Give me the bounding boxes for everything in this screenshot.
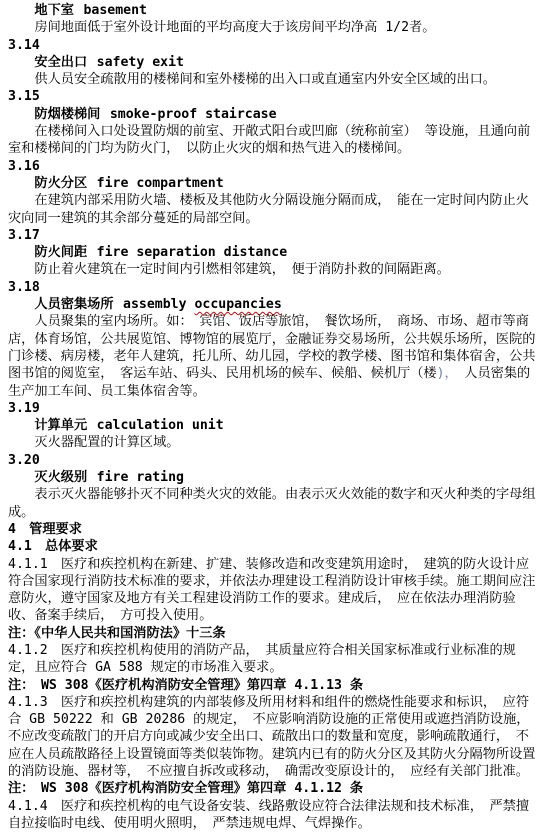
definition-paragraph: 房间地面低于室外设计地面的平均高度大于该房间平均净高 1/2者。 [8,19,542,36]
definition-paragraph: 灭火器配置的计算区域。 [8,434,542,451]
term-english: calculation unit [97,418,224,433]
definition-paragraph: 在楼梯间入口处设置防烟的前室、开敞式阳台或凹廊（统称前室） 等设施，且通向前室和… [8,123,542,158]
note-line: 注： WS 308《医疗机构消防安全管理》第四章 4.1.12 条 [8,780,542,797]
section-number: 3.18 [8,279,542,296]
term-chinese: 地下室 [34,3,74,18]
text-run: 4.1.4 医疗和疾控机构的电气设备安装、线路敷设应符合法律法规和技术标准， 严… [8,799,529,831]
text-run: 在建筑内部采用防火墙、楼板及其他防火分隔设施分隔而成， 能在一定时间内防止火灾向… [8,193,529,225]
term-chinese: 计算单元 [34,418,87,433]
term-heading: 地下室basement [34,2,542,19]
section-number: 3.16 [8,158,542,175]
document-page: 地下室basement房间地面低于室外设计地面的平均高度大于该房间平均净高 1/… [0,0,544,832]
term-english: safety exit [97,55,184,70]
term-heading: 人员密集场所assemblyoccupancies [34,296,542,313]
term-heading: 计算单元calculation unit [34,417,542,434]
document-body: 地下室basement房间地面低于室外设计地面的平均高度大于该房间平均净高 1/… [8,2,542,832]
definition-paragraph: 在建筑内部采用防火墙、楼板及其他防火分隔设施分隔而成， 能在一定时间内防止火灾向… [8,192,542,227]
term-english: fire rating [97,470,184,485]
term-english: smoke-proof staircase [110,107,277,122]
term-chinese: 防烟楼梯间 [34,107,100,122]
text-run: 防止着火建筑在一定时间内引燃相邻建筑， 便于消防扑救的间隔距离。 [34,262,449,277]
term-english: assembly [123,297,187,312]
text-run: 表示灭火器能够扑灭不同种类火灾的效能。由表示灭火效能的数字和灭火种类的字母组成。 [8,487,536,519]
text-run: 在楼梯间入口处设置防烟的前室、开敞式阳台或凹廊（统称前室） 等设施，且通向前室和… [8,124,530,156]
misspelled-word: occupancies [194,297,281,312]
definition-paragraph: 人员聚集的室内场所。如： 宾馆、饭店等旅馆， 餐饮场所， 商场、市场、超市等商店… [8,313,542,399]
text-run: 房间地面低于室外设计地面的平均高度大于该房间平均净高 1/2者。 [34,20,435,35]
note-line: 注：《中华人民共和国消防法》十三条 [8,625,542,642]
chapter-heading: 4.1 总体要求 [8,538,542,555]
definition-paragraph: 供人员安全疏散用的楼梯间和室外楼梯的出入口或直通室内外安全区域的出口。 [8,71,542,88]
term-chinese: 人员密集场所 [34,297,113,312]
numbered-paragraph: 4.1.3 医疗和疾控机构建筑的内部装修及所用材料和组件的燃烧性能要求和标识， … [8,694,542,780]
numbered-paragraph: 4.1.4 医疗和疾控机构的电气设备安装、线路敷设应符合法律法规和技术标准， 严… [8,798,542,832]
term-chinese: 灭火级别 [34,470,87,485]
section-number: 3.17 [8,227,542,244]
term-chinese: 防火分区 [34,176,87,191]
note-line: 注： WS 308《医疗机构消防安全管理》第四章 4.1.13 条 [8,677,542,694]
numbered-paragraph: 4.1.2 医疗和疾控机构使用的消防产品， 其质量应符合相关国家标准或行业标准的… [8,642,542,677]
text-run: 4.1.1 医疗和疾控机构在新建、扩建、装修改造和改变建筑用途时， 建筑的防火设… [8,557,536,624]
section-number: 3.14 [8,37,542,54]
term-heading: 防火间距fire separation distance [34,244,542,261]
term-english: basement [83,3,147,18]
text-run: 供人员安全疏散用的楼梯间和室外楼梯的出入口或直通室内外安全区域的出口。 [34,72,496,87]
term-chinese: 安全出口 [34,55,87,70]
term-heading: 防火分区fire compartment [34,175,542,192]
chapter-heading: 4 管理要求 [8,521,542,538]
definition-paragraph: 表示灭火器能够扑灭不同种类火灾的效能。由表示灭火效能的数字和灭火种类的字母组成。 [8,486,542,521]
numbered-paragraph: 4.1.1 医疗和疾控机构在新建、扩建、装修改造和改变建筑用途时， 建筑的防火设… [8,556,542,625]
definition-paragraph: 防止着火建筑在一定时间内引燃相邻建筑， 便于消防扑救的间隔距离。 [8,261,542,278]
grammar-marked-run: )， [437,366,452,381]
term-heading: 灭火级别fire rating [34,469,542,486]
text-run: 4.1.2 医疗和疾控机构使用的消防产品， 其质量应符合相关国家标准或行业标准的… [8,643,516,675]
section-number: 3.20 [8,452,542,469]
term-heading: 安全出口safety exit [34,54,542,71]
term-english: fire separation distance [97,245,288,260]
term-english: fire compartment [97,176,224,191]
section-number: 3.19 [8,400,542,417]
term-heading: 防烟楼梯间smoke-proof staircase [34,106,542,123]
text-run: 4.1.3 医疗和疾控机构建筑的内部装修及所用材料和组件的燃烧性能要求和标识， … [8,695,536,779]
section-number: 3.15 [8,88,542,105]
text-run: 灭火器配置的计算区域。 [34,435,179,450]
term-chinese: 防火间距 [34,245,87,260]
